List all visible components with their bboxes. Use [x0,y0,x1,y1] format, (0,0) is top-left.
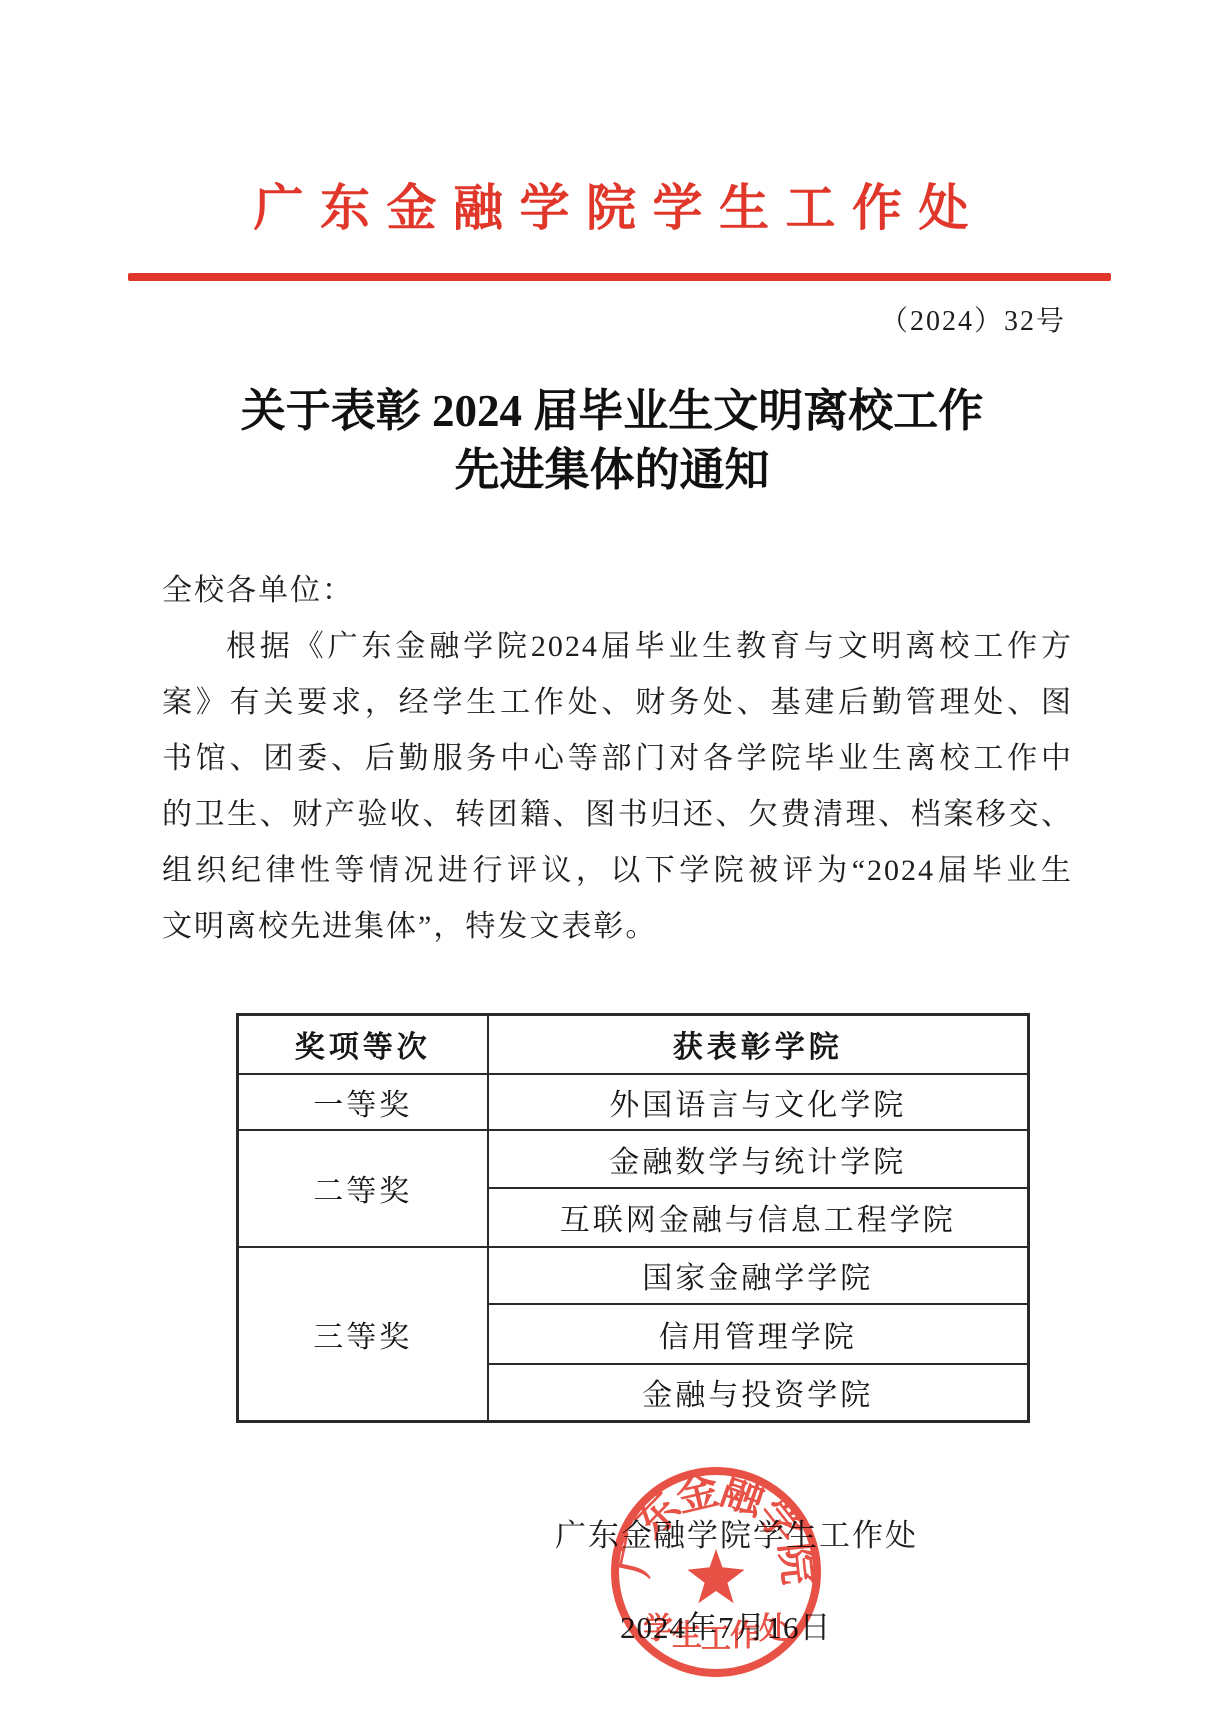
official-seal: 广 东 金 融 学 院 学 生 工 作 处 [600,1456,832,1688]
college-cell: 金融数学与统计学院 [488,1130,1029,1188]
letterhead-divider-rule [128,273,1111,281]
college-cell: 互联网金融与信息工程学院 [488,1188,1029,1247]
document-number: （2024）32号 [880,299,1066,339]
document-title: 关于表彰 2024 届毕业生文明离校工作 先进集体的通知 [0,382,1224,500]
letterhead-org-title: 广 东 金 融 学 院 学 生 工 作 处 [0,178,1224,238]
paragraph-line: 案》有关要求，经学生工作处、财务处、基建后勤管理处、图 [162,675,1073,731]
star-icon [687,1549,744,1603]
issuing-unit-signature: 广东金融学院学生工作处 [555,1510,918,1555]
college-cell: 国家金融学学院 [488,1247,1029,1304]
award-level-cell: 一等奖 [238,1074,488,1130]
document-title-line1: 关于表彰 2024 届毕业生文明离校工作 [0,382,1224,441]
college-cell: 信用管理学院 [488,1304,1029,1364]
document-title-line2: 先进集体的通知 [0,441,1224,500]
table-header-row: 奖项等次 获表彰学院 [238,1015,1029,1074]
body-text: 全校各单位： 根据《广东金融学院2024届毕业生教育与文明离校工作方 案》有关要… [162,563,1073,955]
table-header-college: 获表彰学院 [488,1015,1029,1074]
table-row: 三等奖 国家金融学学院 [238,1247,1029,1304]
paragraph-line: 的卫生、财产验收、转团籍、图书归还、欠费清理、档案移交、 [162,787,1073,843]
award-level-cell: 二等奖 [238,1130,488,1247]
college-cell: 金融与投资学院 [488,1364,1029,1422]
table-row: 一等奖 外国语言与文化学院 [238,1074,1029,1130]
table-row: 二等奖 金融数学与统计学院 [238,1130,1029,1188]
award-table: 奖项等次 获表彰学院 一等奖 外国语言与文化学院 二等奖 金融数学与统计学院 互… [236,1013,1030,1423]
document-page: 广 东 金 融 学 院 学 生 工 作 处 （2024）32号 关于表彰 202… [0,0,1224,1717]
award-level-cell: 三等奖 [238,1247,488,1422]
paragraph-line: 根据《广东金融学院2024届毕业生教育与文明离校工作方 [162,619,1073,675]
paragraph-line: 文明离校先进集体”，特发文表彰。 [162,899,1073,955]
salutation: 全校各单位： [162,563,1073,619]
issue-date: 2024年7月16日 [620,1602,832,1647]
paragraph-line: 组织纪律性等情况进行评议，以下学院被评为“2024届毕业生 [162,843,1073,899]
table-header-award-level: 奖项等次 [238,1015,488,1074]
college-cell: 外国语言与文化学院 [488,1074,1029,1130]
paragraph-line: 书馆、团委、后勤服务中心等部门对各学院毕业生离校工作中 [162,731,1073,787]
